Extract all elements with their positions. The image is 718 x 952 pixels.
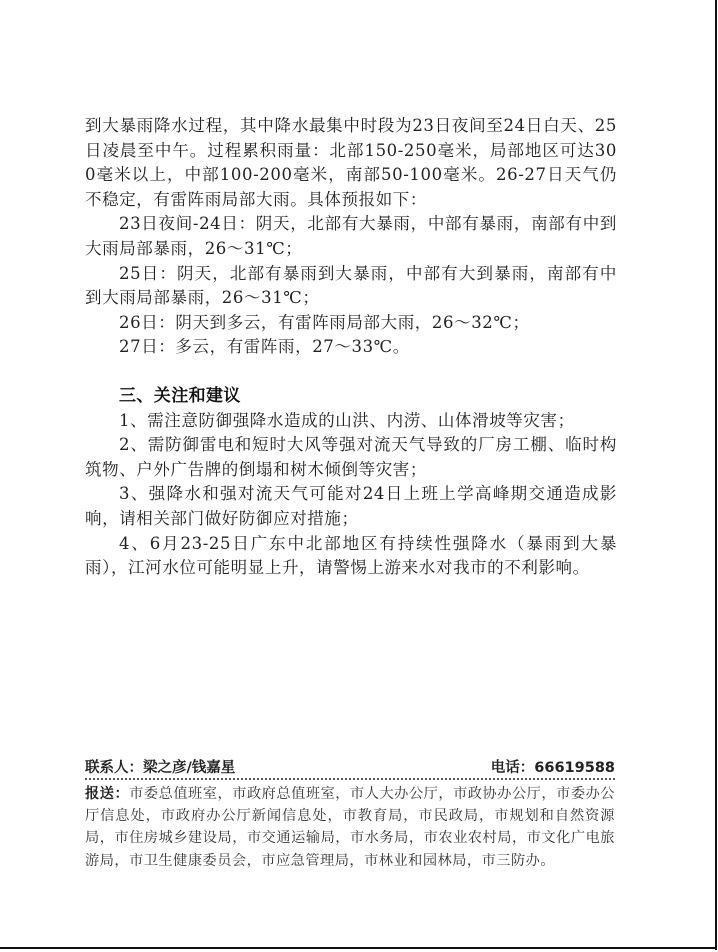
section-heading-advice: 三、关注和建议 (85, 384, 617, 409)
distribution-list: 报送：市委总值班室，市政府总值班室，市人大办公厅，市政协办公厅，市委办公厅信息处… (85, 783, 615, 872)
advice-item-1: 1、需注意防御强降水造成的山洪、内涝、山体滑坡等灾害； (85, 409, 617, 434)
forecast-day-25: 25日：阴天，北部有暴雨到大暴雨，中部有大到暴雨，南部有中到大雨局部暴雨，26～… (85, 262, 617, 311)
contact-row: 联系人：梁之彦/钱嘉星 电话：66619588 (85, 757, 615, 780)
advice-item-4: 4、6月23-25日广东中北部地区有持续性强降水（暴雨到大暴雨），江河水位可能明… (85, 532, 617, 581)
contact-phone: 电话：66619588 (491, 756, 615, 777)
page-border-right (715, 0, 717, 950)
distribution-label: 报送： (85, 786, 129, 802)
forecast-day-27: 27日：多云，有雷阵雨，27～33℃。 (85, 335, 617, 360)
forecast-intro-paragraph: 到大暴雨降水过程，其中降水最集中时段为23日夜间至24日白天、25日凌晨至中午。… (85, 114, 617, 212)
advice-item-2: 2、需防御雷电和短时大风等强对流天气导致的厂房工棚、临时构筑物、户外广告牌的倒塌… (85, 433, 617, 482)
page-border-bottom (0, 947, 717, 949)
document-footer: 联系人：梁之彦/钱嘉星 电话：66619588 报送：市委总值班室，市政府总值班… (85, 757, 615, 872)
advice-item-3: 3、强降水和强对流天气可能对24日上班上学高峰期交通造成影响，请相关部门做好防御… (85, 482, 617, 531)
forecast-day-26: 26日：阴天到多云，有雷阵雨局部大雨，26～32℃； (85, 311, 617, 336)
forecast-day-23-24: 23日夜间-24日：阴天，北部有大暴雨，中部有暴雨，南部有中到大雨局部暴雨，26… (85, 212, 617, 261)
document-body: 到大暴雨降水过程，其中降水最集中时段为23日夜间至24日白天、25日凌晨至中午。… (85, 114, 617, 581)
distribution-recipients: 市委总值班室，市政府总值班室，市人大办公厅，市政协办公厅，市委办公厅信息处，市政… (85, 786, 615, 869)
contact-person: 联系人：梁之彦/钱嘉星 (85, 756, 235, 777)
